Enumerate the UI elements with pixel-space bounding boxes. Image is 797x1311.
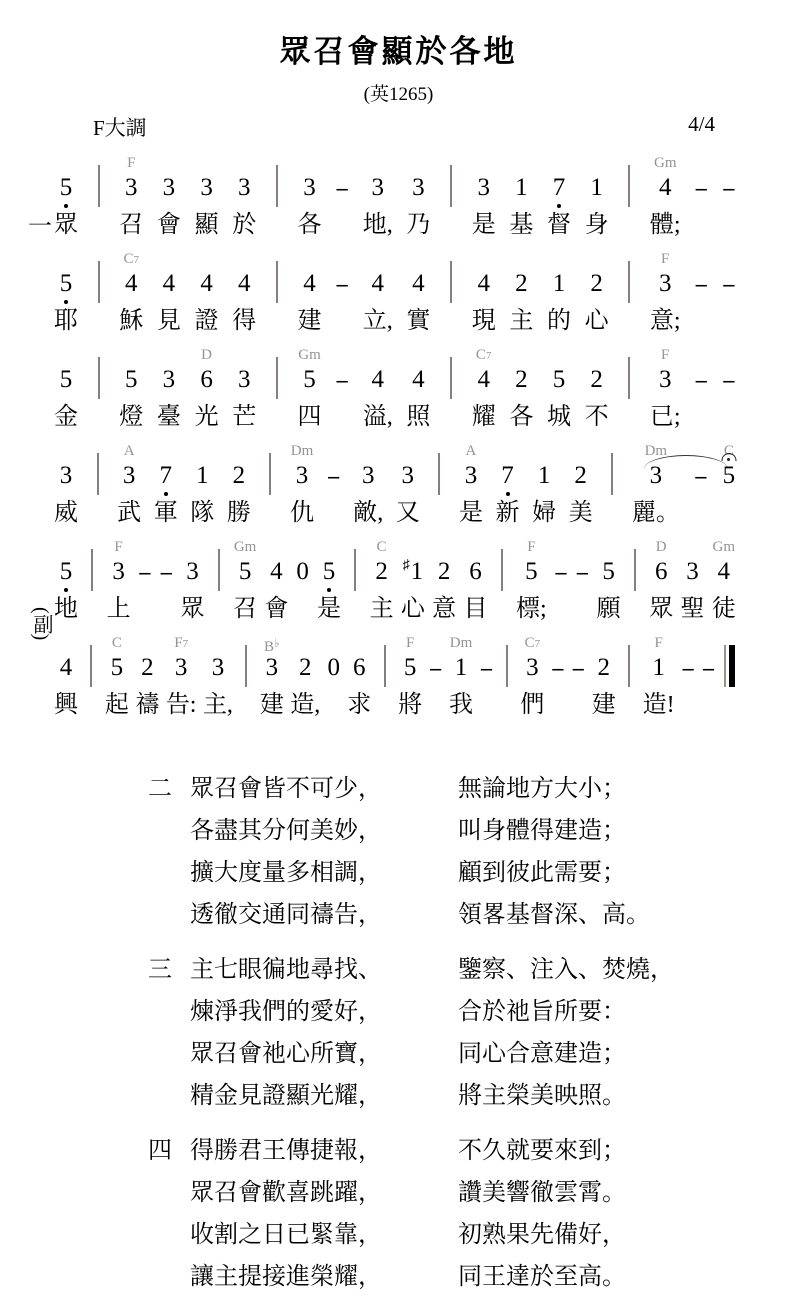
verse-line-right: 鑒察、注入、焚燒， [458, 949, 674, 991]
final-barline [722, 634, 736, 720]
note: 4照 [406, 346, 430, 432]
note: D6光 [195, 346, 219, 432]
octave-dot-row [138, 587, 152, 594]
note-digit: 3 [465, 461, 478, 491]
verse-number: 四 [148, 1130, 190, 1298]
chord-label: F [654, 634, 662, 653]
octave-dot-row [154, 491, 178, 498]
note: ♯1心 [401, 538, 425, 624]
note-digit: 5 [303, 365, 316, 395]
lyric-syllable: 我 [449, 690, 473, 720]
note: 1的 [547, 250, 571, 336]
note-digit: 4 [372, 365, 385, 395]
chord-label: Dm [645, 442, 668, 461]
lyric-spacer [483, 690, 489, 720]
lyric-syllable: 召 [119, 210, 143, 240]
note: Gm4體; [650, 154, 681, 240]
note-digit: 5 [60, 173, 73, 203]
octave-dot-row [694, 299, 708, 306]
lyric-spacer [382, 690, 388, 720]
verse-line: 各盡其分何美妙，叫身體得建造； [190, 810, 797, 852]
dash-continuation: – [335, 250, 349, 336]
note-digit: 2 [299, 653, 312, 683]
octave-dot-row [335, 203, 349, 210]
lyric-spacer [436, 498, 442, 528]
verse-line-right: 無論地方大小； [458, 768, 626, 810]
octave-dot-row [54, 395, 78, 402]
note: 2不 [585, 346, 609, 432]
octave-dot-row [463, 587, 487, 594]
octave-dot-row [547, 395, 571, 402]
note-digit: 3 [163, 173, 176, 203]
key-signature: F大調 [93, 112, 147, 142]
octave-dot-row [444, 299, 458, 306]
octave-dot-row [296, 587, 310, 594]
slur-group: Dm3麗。– C5 [632, 442, 736, 528]
octave-dot-row [722, 203, 736, 210]
note: 3臺 [157, 346, 181, 432]
chord-label: A [124, 442, 135, 461]
note: 3於 [232, 154, 256, 240]
lyric-spacer [555, 690, 561, 720]
lyric-syllable: 證 [195, 306, 219, 336]
verse-line-left: 煉淨我們的愛好， [190, 991, 458, 1033]
chord-label: B♭ [264, 634, 280, 653]
barline-mark [98, 357, 100, 399]
octave-dot-row [432, 491, 446, 498]
lyric-syllable: 軍 [154, 498, 178, 528]
lyric-syllable: 眾 [54, 210, 78, 240]
verse-line: 擴大度量多相調，顧到彼此需要； [190, 852, 797, 894]
verse-label-text: 一 [28, 212, 52, 242]
octave-dot-row [444, 203, 458, 210]
octave-dot-row [650, 203, 681, 210]
barline-mark [628, 357, 630, 399]
verse-line-right: 將主榮美映照。 [458, 1075, 626, 1117]
lyric-syllable: 威 [54, 498, 78, 528]
note: C2主 [370, 538, 394, 624]
note-digit: 4 [238, 269, 251, 299]
notation-row: 5金 5燈3臺D6光3芒 Gm5四– 4溢,4照 C74耀2各5城2不 F3已;… [54, 346, 736, 434]
lyric-syllable: 聖 [681, 594, 705, 624]
note-digit: 4 [477, 269, 490, 299]
octave-dot-row [54, 491, 78, 498]
note-digit: 1 [590, 173, 603, 203]
note: D6眾 [649, 538, 673, 624]
dash-continuation: – [571, 634, 585, 720]
lyric-syllable: 已; [650, 402, 681, 432]
verse-line-right: 同心合意建造； [458, 1033, 626, 1075]
octave-dot-row [551, 683, 565, 690]
lyric-syllable: 興 [54, 690, 78, 720]
dash-continuation: – [702, 634, 716, 720]
music-system: 5耶 C74穌4見4證4得 4建– 4立,4實 4現2主1的2心 F3意;– – [28, 250, 740, 338]
barline [239, 634, 253, 720]
lyric-syllable: 求 [347, 690, 371, 720]
octave-dot-row [495, 587, 509, 594]
octave-dot-row [203, 683, 233, 690]
octave-dot-row [107, 587, 131, 594]
octave-dot-row [585, 395, 609, 402]
note: 5是 [317, 538, 341, 624]
octave-dot-row [712, 587, 736, 594]
octave-dot-row [135, 683, 159, 690]
note-digit: 0 [328, 653, 341, 683]
lyric-syllable: 仇 [290, 498, 314, 528]
note-digit: 6 [469, 557, 482, 587]
octave-dot-row [105, 683, 129, 690]
lyric-syllable: 燈 [119, 402, 143, 432]
dash-continuation: – [681, 634, 695, 720]
lyric-syllable: 臺 [157, 402, 181, 432]
verse-body: 主七眼徧地尋找、鑒察、注入、焚燒，煉淨我們的愛好，合於祂旨所要：眾召會祂心所寶，… [190, 949, 797, 1117]
note-digit: 6 [200, 365, 213, 395]
note: Gm5召 [233, 538, 257, 624]
note: 2勝 [227, 442, 251, 528]
verse-label [28, 634, 54, 722]
note: 2造, [290, 634, 320, 720]
verse-label [28, 442, 54, 530]
dash-continuation: – [429, 634, 443, 720]
note-digit: 3 [526, 653, 539, 683]
note: 5地 [54, 538, 78, 624]
note-digit: 1 [196, 461, 209, 491]
lyric-syllable: 願 [597, 594, 621, 624]
chord-label: D [201, 346, 212, 365]
verse-line-right: 不久就要來到； [458, 1130, 626, 1172]
octave-dot-row [227, 491, 251, 498]
lyric-syllable: 實 [406, 306, 430, 336]
octave-dot-row [353, 491, 383, 498]
barline-mark [90, 645, 92, 687]
note-digit: 4 [659, 173, 672, 203]
octave-dot-row [212, 587, 226, 594]
lyric-syllable: 基 [509, 210, 533, 240]
octave-dot-row [263, 491, 277, 498]
note-digit: 3 [186, 557, 199, 587]
note-digit: 3 [296, 461, 309, 491]
lyric-syllable: 穌 [119, 306, 143, 336]
lyric-spacer [448, 306, 454, 336]
barline [263, 442, 277, 528]
barline-mark [98, 165, 100, 207]
note: 1身 [585, 154, 609, 240]
verse-body: 眾召會皆不可少，無論地方大小；各盡其分何美妙，叫身體得建造；擴大度量多相調，顧到… [190, 768, 797, 936]
note: C74穌 [119, 250, 143, 336]
dash-continuation: – [138, 538, 152, 624]
octave-dot-row [239, 683, 253, 690]
octave-dot-row [233, 587, 257, 594]
sharp-icon: ♯ [403, 559, 410, 573]
note: 4溢, [363, 346, 393, 432]
octave-dot-row [605, 491, 619, 498]
note-digit: 5 [111, 653, 124, 683]
octave-dot-row [509, 203, 533, 210]
lyric-syllable: 造! [643, 690, 675, 720]
note-digit: 2 [141, 653, 154, 683]
dash-continuation: – [159, 538, 173, 624]
dash-continuation: – [554, 538, 568, 624]
note-digit: 2 [515, 365, 528, 395]
barline-mark [450, 357, 452, 399]
note: 3是 [472, 154, 496, 240]
octave-dot-row [54, 203, 78, 210]
octave-dot-row [401, 587, 425, 594]
octave-dot [64, 588, 68, 592]
octave-dot [506, 492, 510, 496]
dash-continuation: – [694, 442, 708, 528]
lyric-syllable: 建 [297, 306, 321, 336]
note-digit: 3 [112, 557, 125, 587]
octave-dot-row [297, 299, 321, 306]
lyric-syllable: 敵, [353, 498, 383, 528]
lyric-syllable: 照 [406, 402, 430, 432]
octave-dot [164, 492, 168, 496]
lyric-spacer [632, 594, 638, 624]
octave-dot-row [479, 683, 493, 690]
lyric-syllable: 們 [520, 690, 544, 720]
note: 4建 [297, 250, 321, 336]
verse-line: 眾召會祂心所寶，同心合意建造； [190, 1033, 797, 1075]
lyric-syllable: 督 [547, 210, 571, 240]
note-digit: 5 [323, 557, 336, 587]
octave-dot-row [406, 299, 430, 306]
chord-label: Gm [234, 538, 257, 557]
verse-line-left: 眾召會歡喜跳躍， [190, 1172, 458, 1214]
octave-dot-row [297, 395, 321, 402]
lyric-spacer [274, 210, 280, 240]
note-digit: 3 [60, 461, 73, 491]
note-digit: 3 [372, 173, 385, 203]
lyric-spacer [698, 210, 704, 240]
lyric-syllable: 建 [592, 690, 616, 720]
notation-row: 5眾 F3召3會3顯3於 3各– 3地,3乃 3是1基7督1身 Gm4體;– – [54, 154, 736, 242]
chord-label: F [127, 154, 135, 173]
octave-dot-row [500, 683, 514, 690]
note-digit: 4 [477, 365, 490, 395]
verse-line: 透徹交通同禱告，領畧基督深、高。 [190, 894, 797, 936]
octave-dot-row [406, 203, 430, 210]
octave-dot-row [628, 587, 642, 594]
verse: 四得勝君王傳捷報，不久就要來到；眾召會歡喜跳躍，讚美響徹雲霄。收割之日已緊靠，初… [148, 1130, 797, 1298]
octave-dot-row [157, 395, 181, 402]
octave-dot-row [270, 203, 284, 210]
barline [432, 442, 446, 528]
note-digit: 4 [125, 269, 138, 299]
lyric-syllable: 美 [569, 498, 593, 528]
barline [444, 154, 458, 240]
octave-dot-row [157, 203, 181, 210]
dash-continuation: – [335, 154, 349, 240]
verse-line-left: 主七眼徧地尋找、 [190, 949, 458, 991]
lyric-syllable: 麗。 [632, 498, 680, 528]
lyric-syllable: 體; [650, 210, 681, 240]
lyric-spacer [95, 498, 101, 528]
note: 7軍 [154, 442, 178, 528]
barline-mark [354, 549, 356, 591]
note-digit: 3 [362, 461, 375, 491]
verse-line: 煉淨我們的愛好，合於祂旨所要： [190, 991, 797, 1033]
note: 3乃 [406, 154, 430, 240]
octave-dot-row [509, 299, 533, 306]
chord-label: Dm [450, 634, 473, 653]
lyric-syllable: 禱 [135, 690, 159, 720]
notation-row: 3威 A3武7軍1隊2勝 Dm3仇– 3敵,3又 A3是7新1婦2美 Dm3麗。… [54, 442, 736, 530]
lyric-spacer [216, 594, 222, 624]
lyric-spacer [579, 594, 585, 624]
note: 5耶 [54, 250, 78, 336]
octave-dot-row [643, 683, 675, 690]
barline [444, 250, 458, 336]
octave-dot-row [348, 587, 362, 594]
verse-line-left: 擴大度量多相調， [190, 852, 458, 894]
barline-mark [97, 453, 99, 495]
octave-dot-row [554, 587, 568, 594]
final-bar-mark [724, 645, 735, 687]
verse-line-right: 顧到彼此需要； [458, 852, 626, 894]
barline [628, 538, 642, 624]
octave-dot-row [290, 683, 320, 690]
lyric-spacer [626, 690, 632, 720]
octave-dot-row [157, 299, 181, 306]
octave-dot-row [119, 203, 143, 210]
lyric-syllable: 得 [232, 306, 256, 336]
verse-label: 一 [28, 154, 54, 242]
note: A3武 [117, 442, 141, 528]
dash-continuation: – [327, 442, 341, 528]
verse-line: 眾召會歡喜跳躍，讚美響徹雲霄。 [190, 1172, 797, 1214]
lyric-syllable: 告: [166, 690, 197, 720]
lyric-syllable: 造, [290, 690, 320, 720]
barline-mark [611, 453, 613, 495]
verse: 二眾召會皆不可少，無論地方大小；各盡其分何美妙，叫身體得建造；擴大度量多相調，顧… [148, 768, 797, 936]
note: 2心 [585, 250, 609, 336]
octave-dot-row [649, 587, 673, 594]
octave-dot-row [650, 395, 681, 402]
note: F5標; [516, 538, 547, 624]
verse-number: 三 [148, 949, 190, 1117]
lyric-spacer [726, 306, 732, 336]
note: F3上 [107, 538, 131, 624]
barline [84, 634, 98, 720]
note-digit: 3 [200, 173, 213, 203]
dash-continuation: – [722, 250, 736, 336]
note: 4見 [157, 250, 181, 336]
octave-dot-row [347, 683, 371, 690]
note-digit: 3 [238, 173, 251, 203]
note: C74耀 [472, 346, 496, 432]
page-title: 眾召會顯於各地 [0, 26, 797, 71]
octave-dot-row [54, 683, 78, 690]
barline [92, 250, 106, 336]
barline-mark [501, 549, 503, 591]
barline-mark [628, 645, 630, 687]
music-system: (副)5地 F3上– – 3眾 Gm5召4會0 5是 C2主♯1心2意6目 F5… [28, 538, 740, 626]
lyric-syllable: 召 [233, 594, 257, 624]
music-system: 一5眾 F3召3會3顯3於 3各– 3地,3乃 3是1基7督1身 Gm4體;– … [28, 154, 740, 242]
verse-line: 主七眼徧地尋找、鑒察、注入、焚燒， [190, 949, 797, 991]
octave-dot-row [270, 299, 284, 306]
note: 2建 [592, 634, 616, 720]
note: B♭3建 [260, 634, 284, 720]
note-digit: 4 [163, 269, 176, 299]
lyric-syllable: 是 [459, 498, 483, 528]
lyric-spacer [504, 690, 510, 720]
octave-dot-row [335, 395, 349, 402]
chord-label: F [661, 346, 669, 365]
octave-dot-row [722, 683, 736, 690]
verse: 三主七眼徧地尋找、鑒察、注入、焚燒，煉淨我們的愛好，合於祂旨所要：眾召會祂心所寶… [148, 949, 797, 1117]
lyric-spacer [339, 210, 345, 240]
lyric-syllable: 新 [496, 498, 520, 528]
note-digit: 3 [659, 365, 672, 395]
note: 2美 [569, 442, 593, 528]
verse-block: 二眾召會皆不可少，無論地方大小；各盡其分何美妙，叫身體得建造；擴大度量多相調，顧… [148, 768, 797, 1298]
octave-dot-row [370, 587, 394, 594]
lyric-spacer [96, 306, 102, 336]
note: 2主 [509, 250, 533, 336]
lyric-syllable: 主, [203, 690, 233, 720]
lyric-syllable: 上 [107, 594, 131, 624]
note-digit: 3 [266, 653, 279, 683]
note-digit: 5 [525, 557, 538, 587]
lyric-syllable: 身 [585, 210, 609, 240]
octave-dot-row [585, 299, 609, 306]
verse-line: 眾召會皆不可少，無論地方大小； [190, 768, 797, 810]
note-digit: 2 [590, 365, 603, 395]
lyric-syllable: 的 [547, 306, 571, 336]
note-digit: 5 [553, 365, 566, 395]
chord-label: F [406, 634, 414, 653]
chord-label: C7 [525, 634, 541, 653]
lyric-syllable: 意 [432, 594, 456, 624]
lyric-syllable: 會 [157, 210, 181, 240]
verse-line-left: 得勝君王傳捷報， [190, 1130, 458, 1172]
note: F3已; [650, 346, 681, 432]
octave-dot-row [472, 203, 496, 210]
octave-dot-row [85, 587, 99, 594]
octave-dot-row [472, 395, 496, 402]
barline [500, 634, 514, 720]
lyric-syllable: 立, [363, 306, 393, 336]
lyric-spacer [558, 594, 564, 624]
lyric-syllable: 隊 [190, 498, 214, 528]
note: 5金 [54, 346, 78, 432]
lyric-syllable: 耶 [54, 306, 78, 336]
barline-mark [218, 549, 220, 591]
barline-mark [634, 549, 636, 591]
octave-dot-row [260, 683, 284, 690]
notation-row: 4興 C5起2禱F73告:3主, B♭3建2造,0 6求 F5將– Dm1我– … [54, 634, 736, 722]
note-digit: 4 [372, 269, 385, 299]
octave-dot-row [516, 587, 547, 594]
barline [605, 442, 619, 528]
lyric-spacer [89, 594, 95, 624]
lyric-syllable: 不 [585, 402, 609, 432]
note-digit: 7 [501, 461, 514, 491]
lyric-spacer [88, 690, 94, 720]
barline [444, 346, 458, 432]
barline [622, 154, 636, 240]
verse-label: (副) [28, 538, 54, 626]
note-digit: 3 [238, 365, 251, 395]
lyric-syllable: 徒 [712, 594, 736, 624]
octave-dot-row [398, 683, 422, 690]
fermata-icon [721, 453, 736, 461]
lyric-spacer [352, 594, 358, 624]
note-digit: 5 [404, 653, 417, 683]
barline-mark [506, 645, 508, 687]
